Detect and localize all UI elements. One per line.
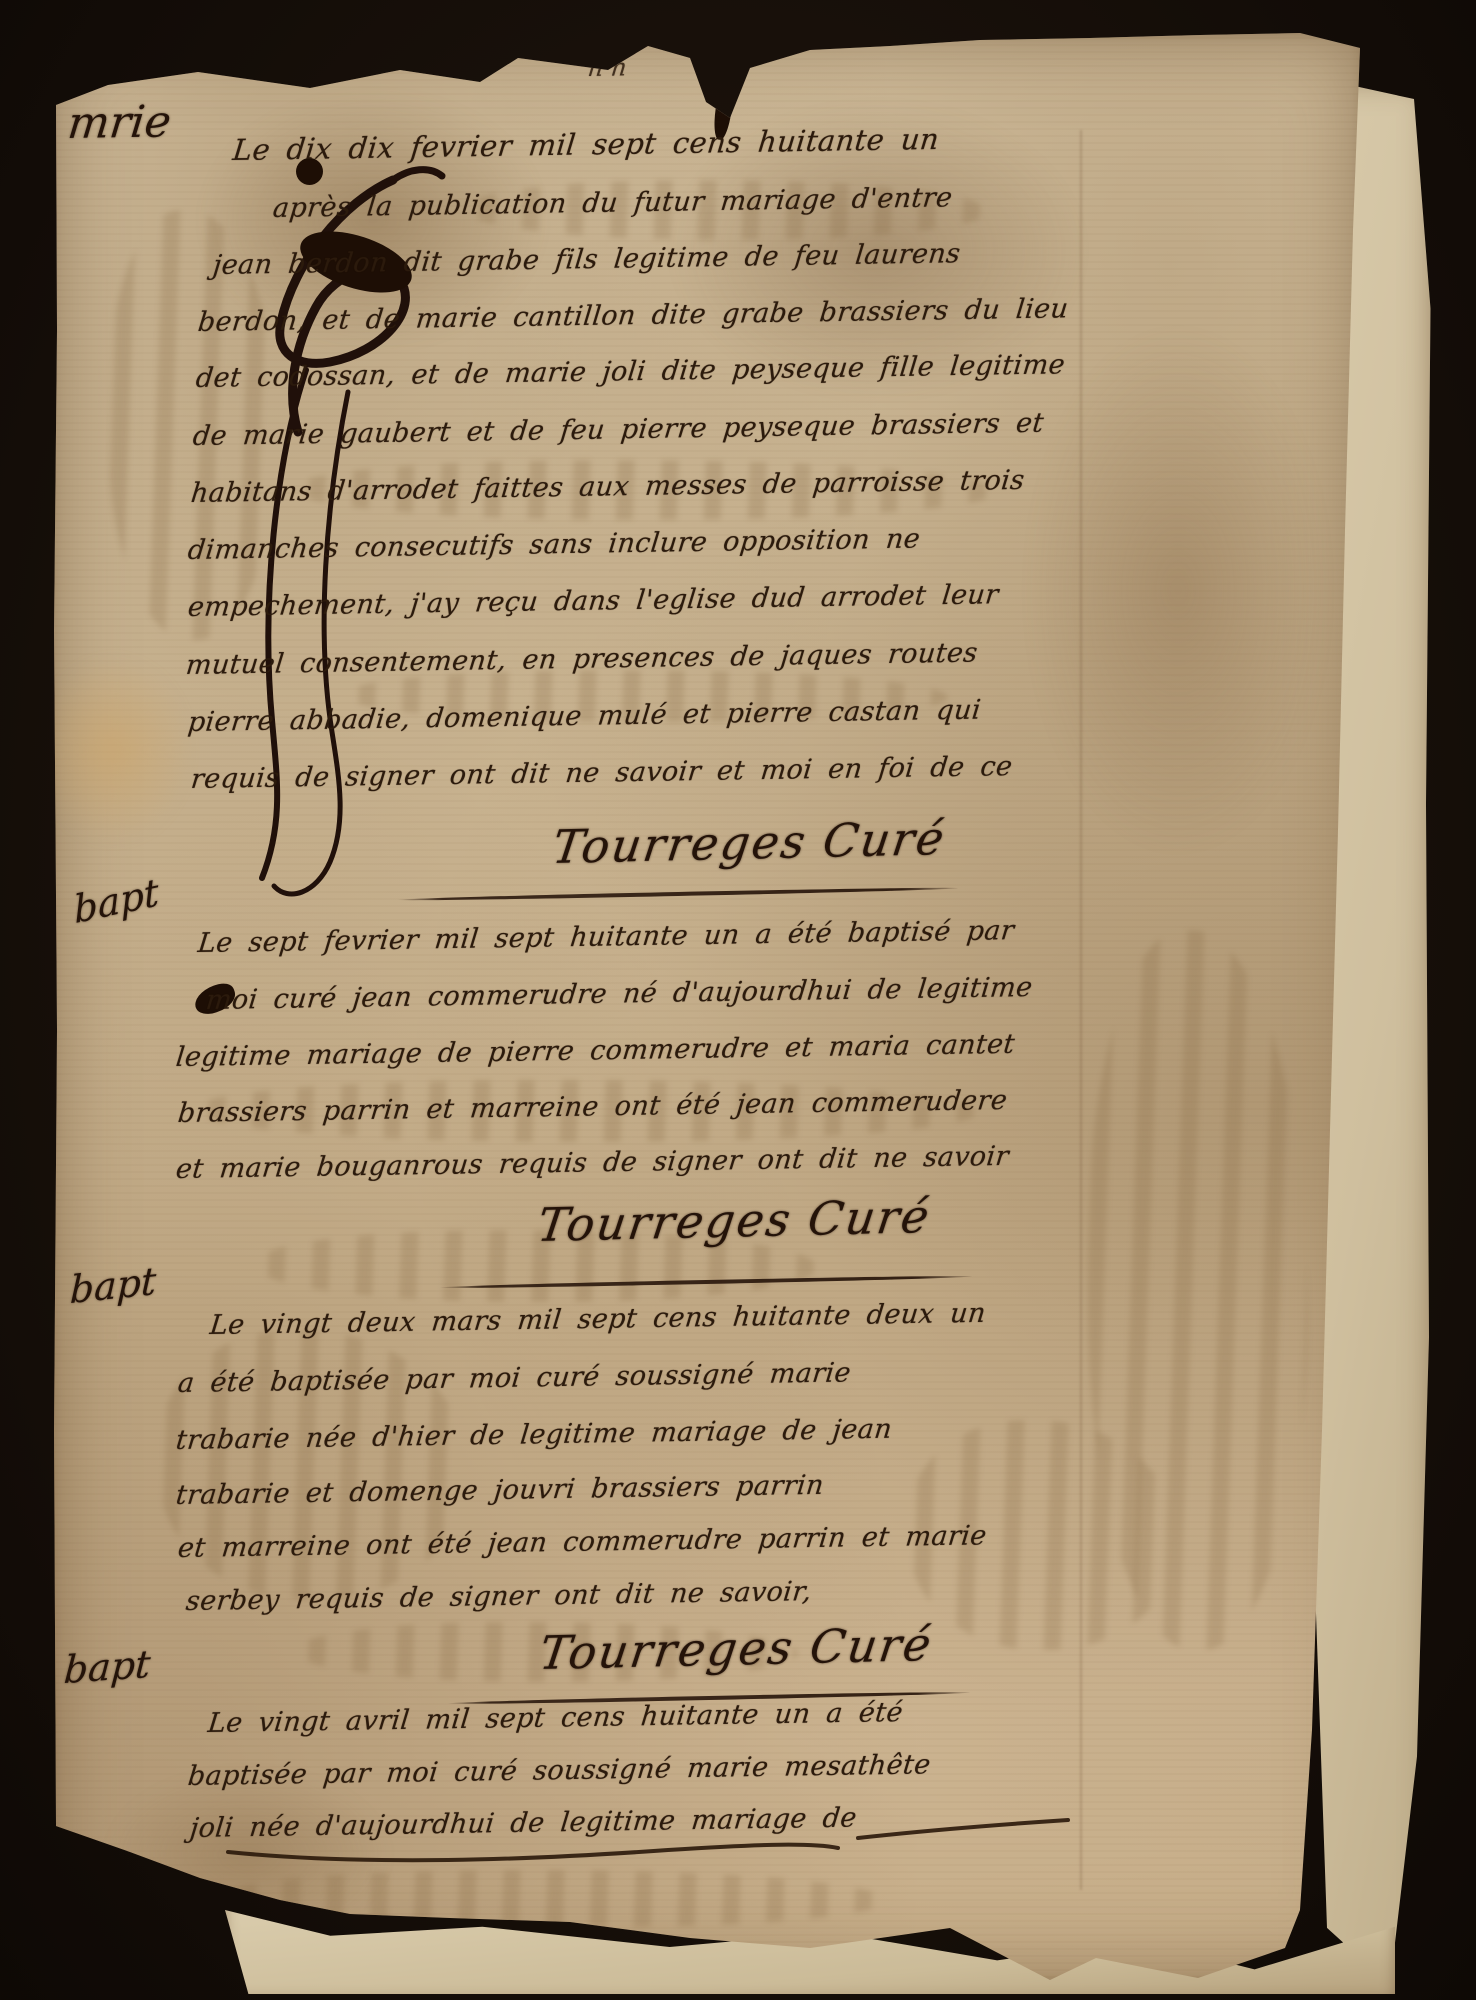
record-line: Le dix dix fevrier mil sept cens huitant…: [231, 122, 941, 167]
age-stain: [38, 660, 188, 840]
record-line: trabarie et domenge jouvri brassiers par…: [174, 1470, 825, 1511]
record-line: pierre abbadie, domenique mulé et pierre…: [186, 695, 982, 739]
page-top-mark: n n: [587, 53, 629, 82]
curate-signature: Tourreges Curé: [534, 1189, 934, 1252]
record-line: trabarie née d'hier de legitime mariage …: [174, 1414, 893, 1456]
record-line: et marie bouganrous requis de signer ont…: [174, 1141, 1010, 1185]
record-line: joli née d'aujourdhui de legitime mariag…: [188, 1802, 858, 1844]
margin-note-marriage: mrie: [65, 96, 173, 149]
curate-signature: Tourreges Curé: [549, 811, 949, 874]
record-line: a été baptisée par moi curé soussigné ma…: [176, 1357, 852, 1399]
record-line: habitans d'arrodet faittes aux messes de…: [189, 465, 1026, 509]
bleed-through-smudge: [228, 1870, 888, 1928]
record-line: legitime mariage de pierre commerudre et…: [174, 1029, 1016, 1073]
signature-underline: [398, 886, 958, 902]
record-line: det codossan, et de marie joli dite peys…: [194, 349, 1066, 394]
record-line: dimanches consecutifs sans inclure oppos…: [186, 523, 921, 566]
record-line: empechement, j'ay reçu dans l'eglise dud…: [186, 579, 1000, 623]
record-line: Le sept fevrier mil sept huitante un a é…: [196, 915, 1016, 959]
record-line: Le vingt deux mars mil sept cens huitant…: [208, 1298, 987, 1341]
page-crease: [1080, 130, 1082, 1890]
margin-note-baptism-3: bapt: [62, 1642, 151, 1692]
curate-signature: Tourreges Curé: [536, 1617, 936, 1680]
record-line: requis de signer ont dit ne savoir et mo…: [189, 751, 1014, 795]
record-line: après la publication du futur mariage d'…: [271, 182, 954, 224]
record-line: Le vingt avril mil sept cens huitante un…: [206, 1697, 904, 1739]
record-line: berdon, et de marie cantillon dite grabe…: [196, 293, 1070, 338]
record-line: serbey requis de signer ont dit ne savoi…: [184, 1576, 813, 1617]
record-line: et marreine ont été jean commerudre parr…: [176, 1520, 988, 1564]
record-line: jean berdon dit grabe fils legitime de f…: [211, 238, 962, 281]
record-line: mutuel consentement, en presences de jaq…: [184, 638, 979, 681]
record-line: de marie gaubert et de feu pierre peyseq…: [191, 408, 1045, 452]
record-line: baptisée par moi curé soussigné marie me…: [186, 1749, 932, 1792]
age-stain: [108, 1770, 388, 1940]
record-line: moi curé jean commerudre né d'aujourdhui…: [204, 972, 1034, 1016]
signature-underline: [440, 1274, 972, 1289]
manuscript-scan: n n mrie bapt bapt bapt Le dix dix fevri…: [0, 0, 1476, 2000]
bleed-through-smudge: [1088, 930, 1308, 1650]
margin-note-baptism-1: bapt: [72, 870, 160, 932]
parish-register-page: n n mrie bapt bapt bapt Le dix dix fevri…: [48, 30, 1366, 1985]
age-stain: [1028, 330, 1328, 850]
margin-note-baptism-2: bapt: [69, 1259, 157, 1312]
record-line: brassiers parrin et marreine ont été jea…: [176, 1085, 1009, 1129]
